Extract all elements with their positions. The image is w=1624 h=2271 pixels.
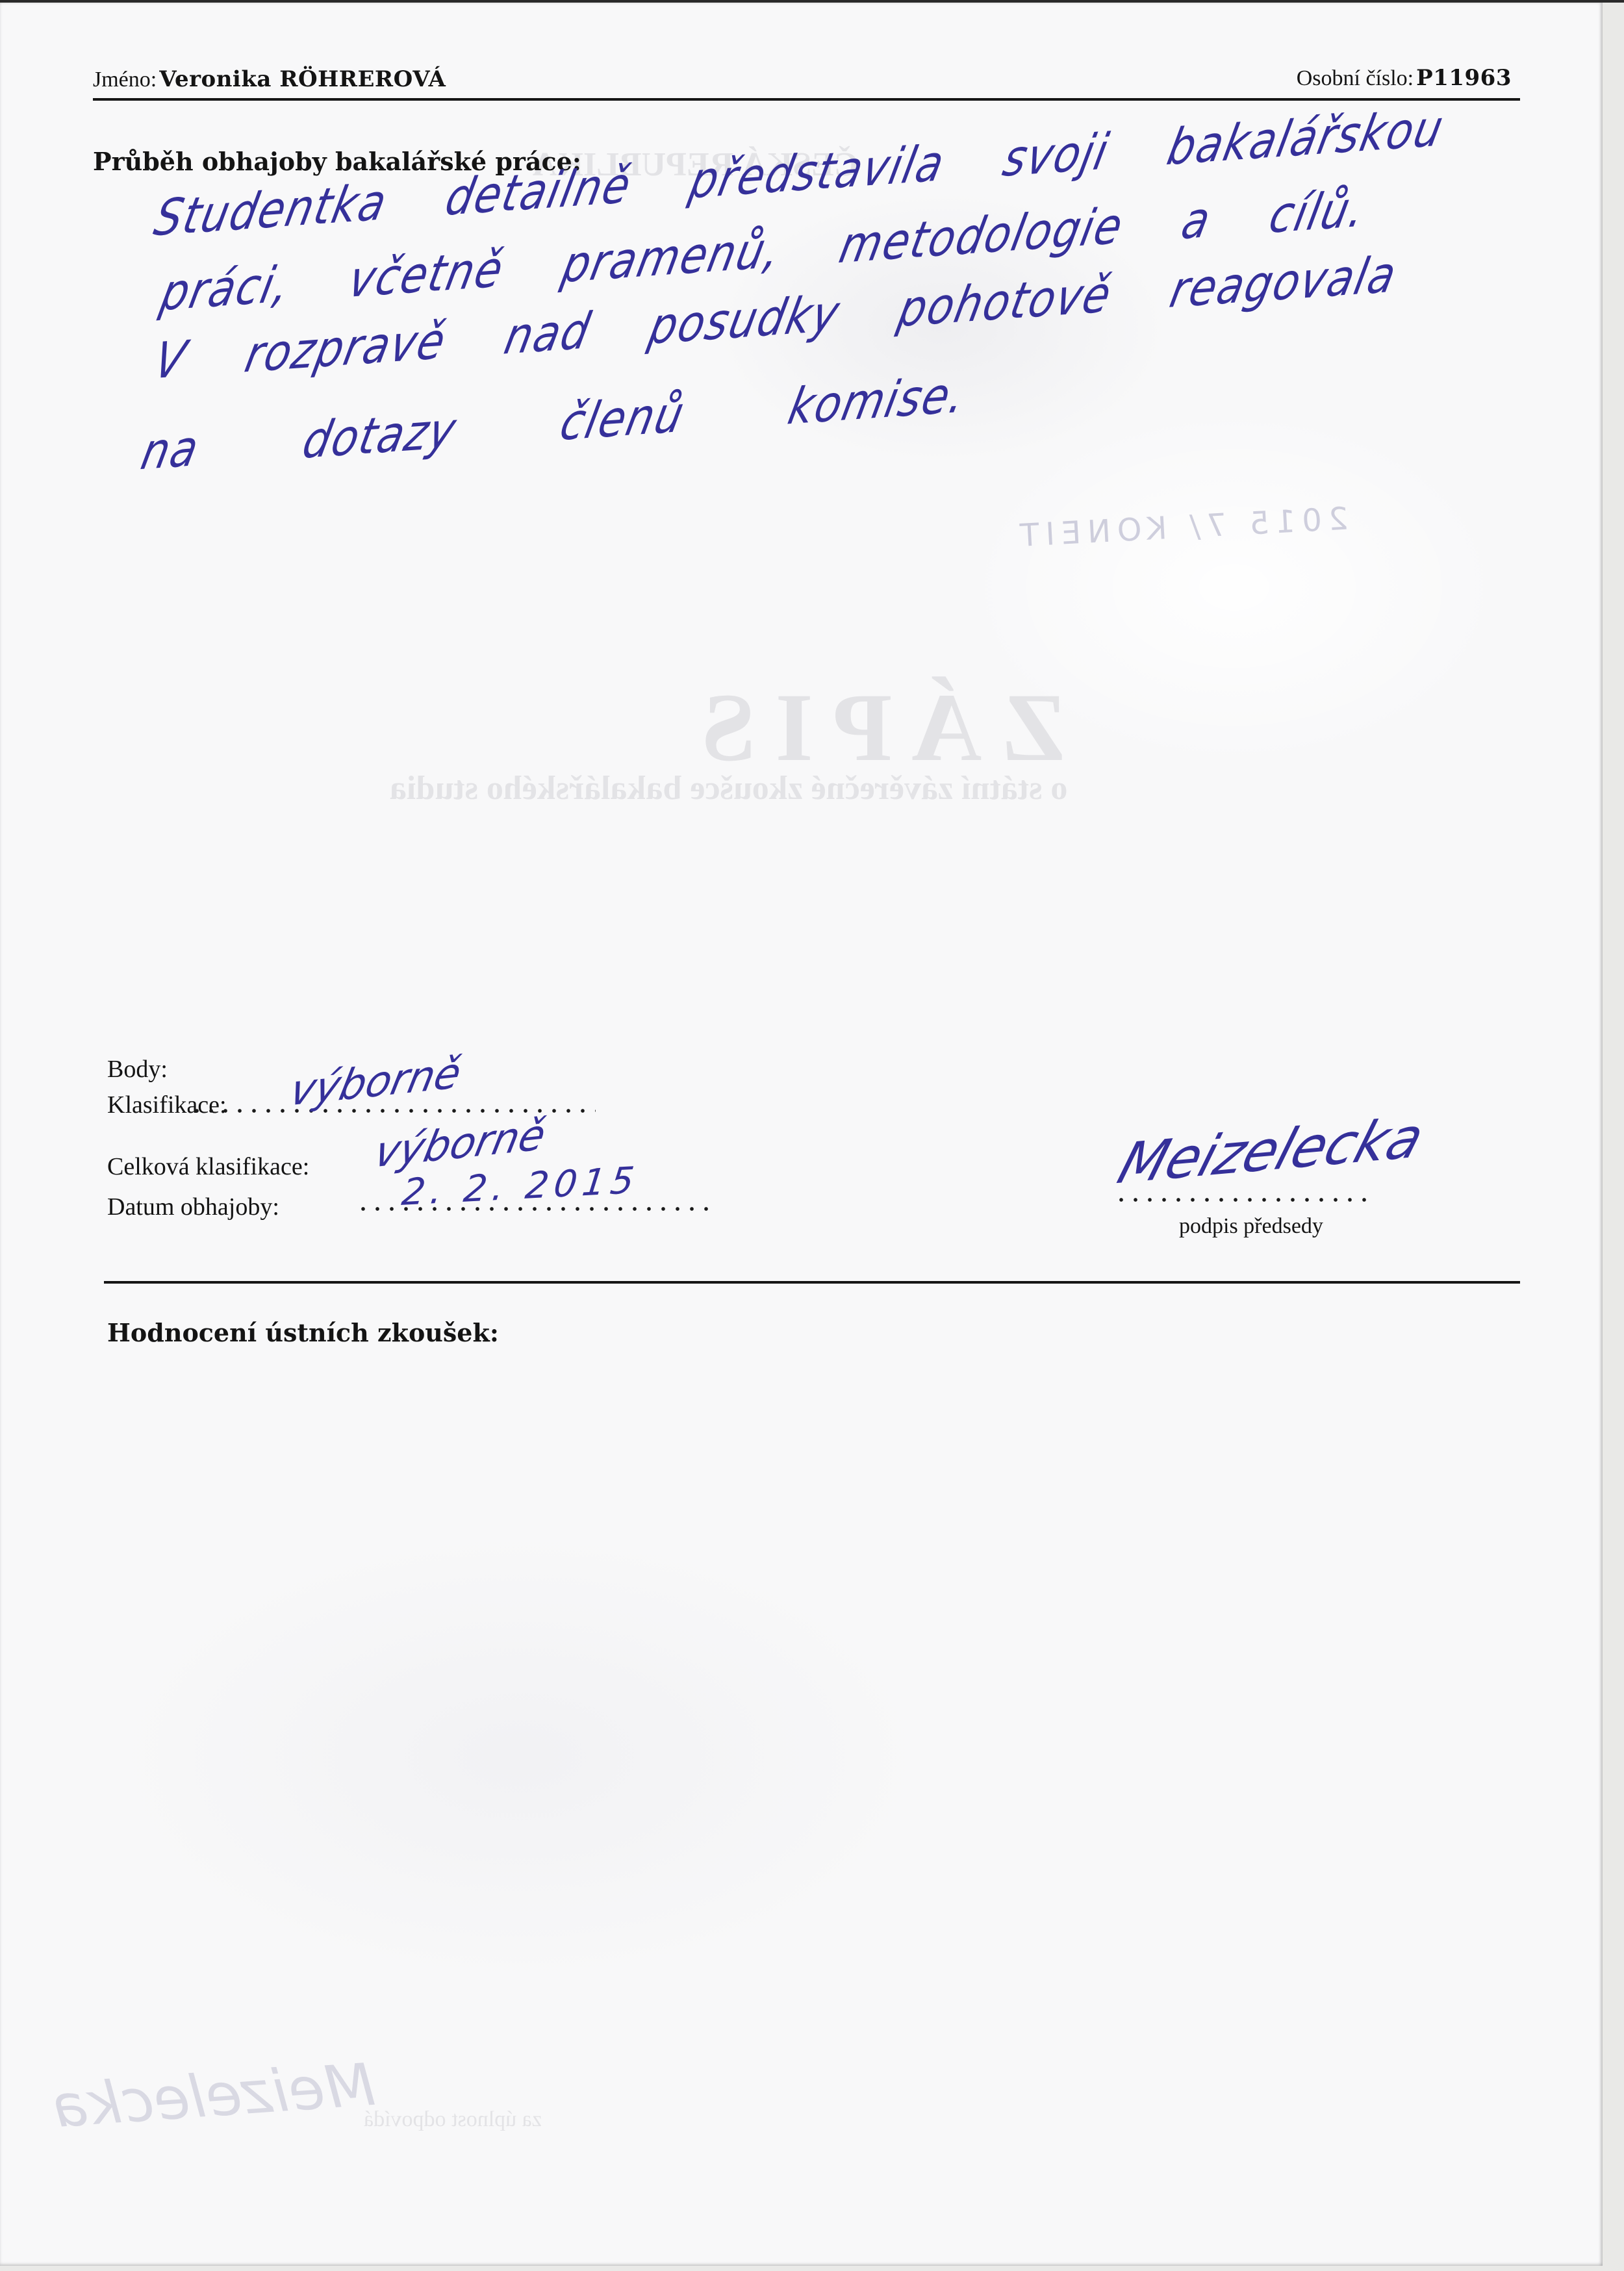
overall-classification-label: Celková klasifikace: xyxy=(107,1152,309,1181)
personal-id-label: Osobní číslo: xyxy=(1297,66,1414,90)
oral-exams-title: Hodnocení ústních zkoušek: xyxy=(107,1318,499,1347)
bleed-subtitle: o státní závěrečné zkoušce bakalářského … xyxy=(390,769,1067,807)
bleed-title: ZÁPIS xyxy=(682,672,1067,783)
handwritten-line-4: na dotazy členů komise. xyxy=(136,365,971,481)
classification-value: výborně xyxy=(286,1049,466,1116)
student-name: Veronika RÖHREROVÁ xyxy=(159,66,446,92)
signature-caption: podpis předsedy xyxy=(1179,1214,1323,1239)
bleed-footer-caption: za úplnost odpovídá xyxy=(364,2107,542,2132)
section-divider-rule xyxy=(104,1281,1520,1284)
chair-signature: Meizelecka xyxy=(1111,1104,1432,1197)
header-rule xyxy=(93,98,1520,101)
defense-date-label: Datum obhajoby: xyxy=(107,1193,279,1221)
personal-id-value: P11963 xyxy=(1416,65,1512,91)
classification-label: Klasifikace: xyxy=(107,1091,227,1119)
bleed-signature: Meizelecka xyxy=(50,2051,377,2141)
name-label: Jméno: xyxy=(93,68,157,92)
bleed-pencil-note: 2015 7/ KONEIT xyxy=(1013,501,1349,555)
personal-id-field: Osobní číslo: P11963 xyxy=(1297,65,1512,91)
signature-dotted-line xyxy=(1114,1198,1374,1202)
name-field: Jméno: Veronika RÖHREROVÁ xyxy=(93,66,446,92)
points-label: Body: xyxy=(107,1055,168,1084)
scanned-page: ČESKÁ REPUBLIKA ZÁPIS o státní závěrečné… xyxy=(0,3,1603,2266)
